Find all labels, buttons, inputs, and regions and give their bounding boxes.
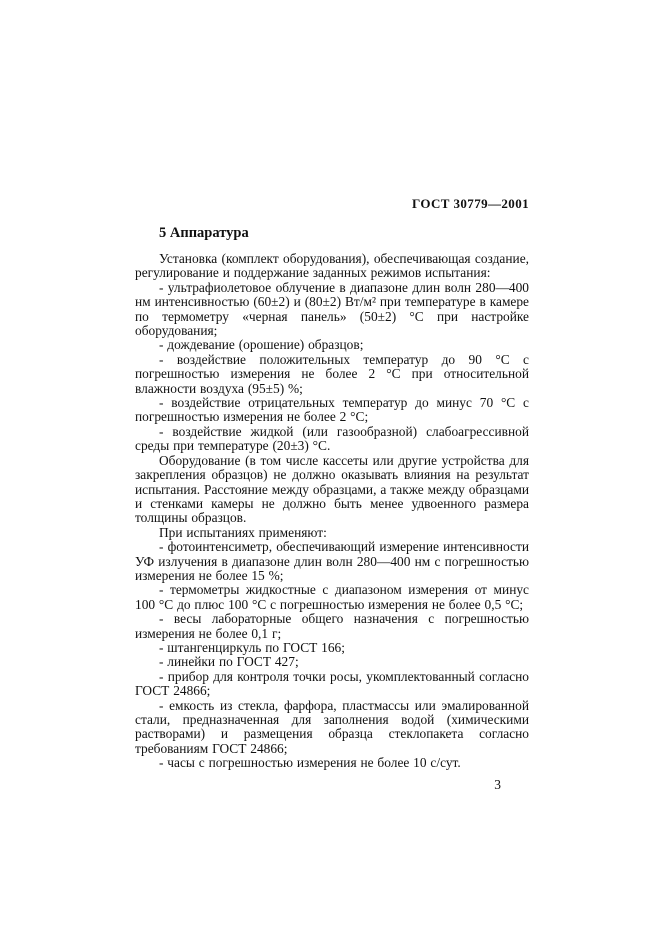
list-item-clock: - часы с погрешностью измерения не более… — [135, 756, 529, 770]
list-item-caliper: - штангенциркуль по ГОСТ 166; — [135, 641, 529, 655]
running-header: ГОСТ 30779—2001 — [135, 197, 529, 211]
section-heading: 5 Аппаратура — [159, 225, 529, 241]
page-content: ГОСТ 30779—2001 5 Аппаратура Установка (… — [135, 197, 529, 792]
document-page: ГОСТ 30779—2001 5 Аппаратура Установка (… — [0, 0, 661, 935]
paragraph-apply: При испытаниях применяют: — [135, 526, 529, 540]
list-item-positive-temp: - воздействие положительных температур д… — [135, 353, 529, 396]
list-item-dew-point: - прибор для контроля точки росы, укомпл… — [135, 670, 529, 699]
list-item-photointensimeter: - фотоинтенсиметр, обеспечивающий измере… — [135, 540, 529, 583]
page-number: 3 — [135, 778, 529, 792]
body-text: Установка (комплект оборудования), обесп… — [135, 252, 529, 771]
list-item-uv: - ультрафиолетовое облучение в диапазоне… — [135, 281, 529, 339]
paragraph-intro: Установка (комплект оборудования), обесп… — [135, 252, 529, 281]
list-item-thermometers: - термометры жидкостные с диапазоном изм… — [135, 583, 529, 612]
list-item-container: - емкость из стекла, фарфора, пластмассы… — [135, 699, 529, 757]
paragraph-equipment: Оборудование (в том числе кассеты или др… — [135, 454, 529, 526]
list-item-rain: - дождевание (орошение) образцов; — [135, 338, 529, 352]
list-item-rulers: - линейки по ГОСТ 427; — [135, 655, 529, 669]
list-item-aggressive-media: - воздействие жидкой (или газообразной) … — [135, 425, 529, 454]
list-item-negative-temp: - воздействие отрицательных температур д… — [135, 396, 529, 425]
list-item-scales: - весы лабораторные общего назначения с … — [135, 612, 529, 641]
